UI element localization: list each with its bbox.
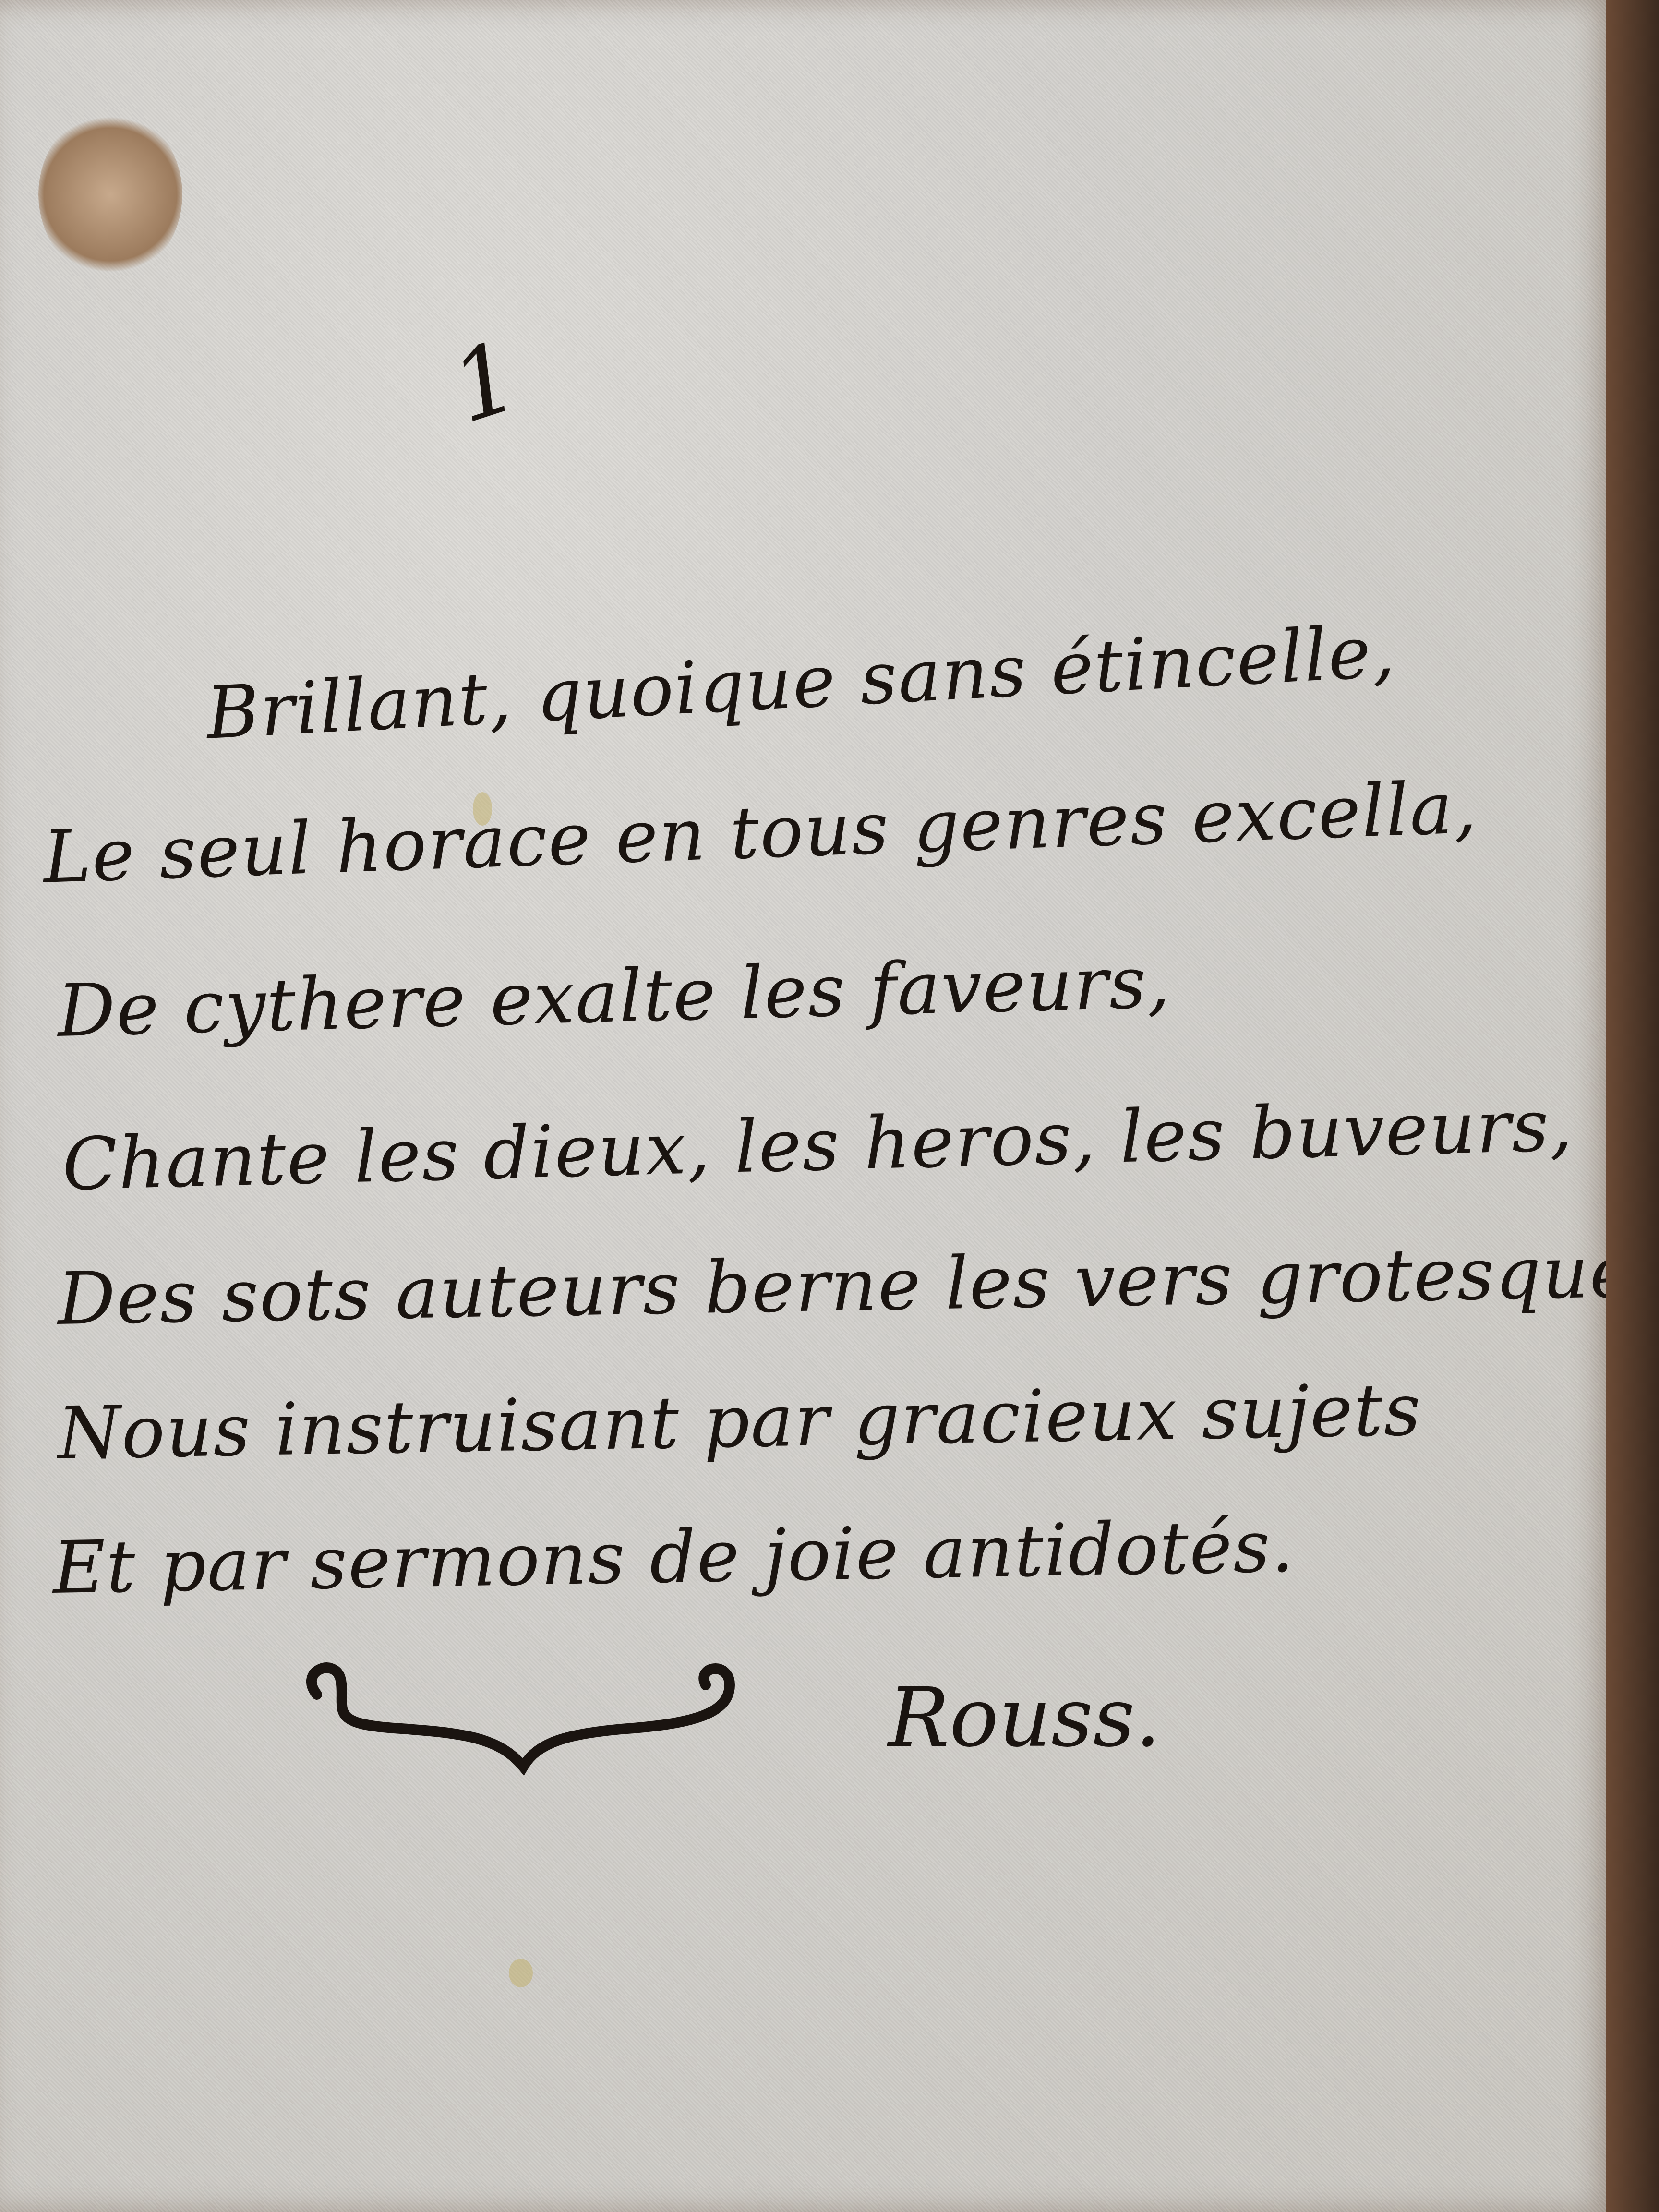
page-number: 1 [439,320,531,445]
verse-line-3: De cythere exalte les faveurs, [57,940,1172,1053]
verse-line-1: Brillant, quoique sans étincelle, [204,610,1397,756]
verse-line-2: Le seul horace en tous genres excella, [42,766,1479,900]
flourish-ornament [298,1651,768,1795]
binding-thread [38,110,182,278]
verse-line-7: Et par sermons de joie antidotés. [52,1505,1295,1610]
verse-line-6: Nous instruisant par gracieux sujets [57,1368,1422,1476]
signature: Rouss. [888,1671,1161,1766]
verse-line-4: Chante les dieux, les heros, les buveurs… [61,1084,1575,1207]
book-spine [1606,0,1659,2212]
manuscript-page: 1 Brillant, quoique sans étincelle, Le s… [0,0,1613,2212]
paper-stain [509,1959,533,1987]
verse-line-5: Des sots auteurs berne les vers grotesqu… [57,1229,1659,1341]
